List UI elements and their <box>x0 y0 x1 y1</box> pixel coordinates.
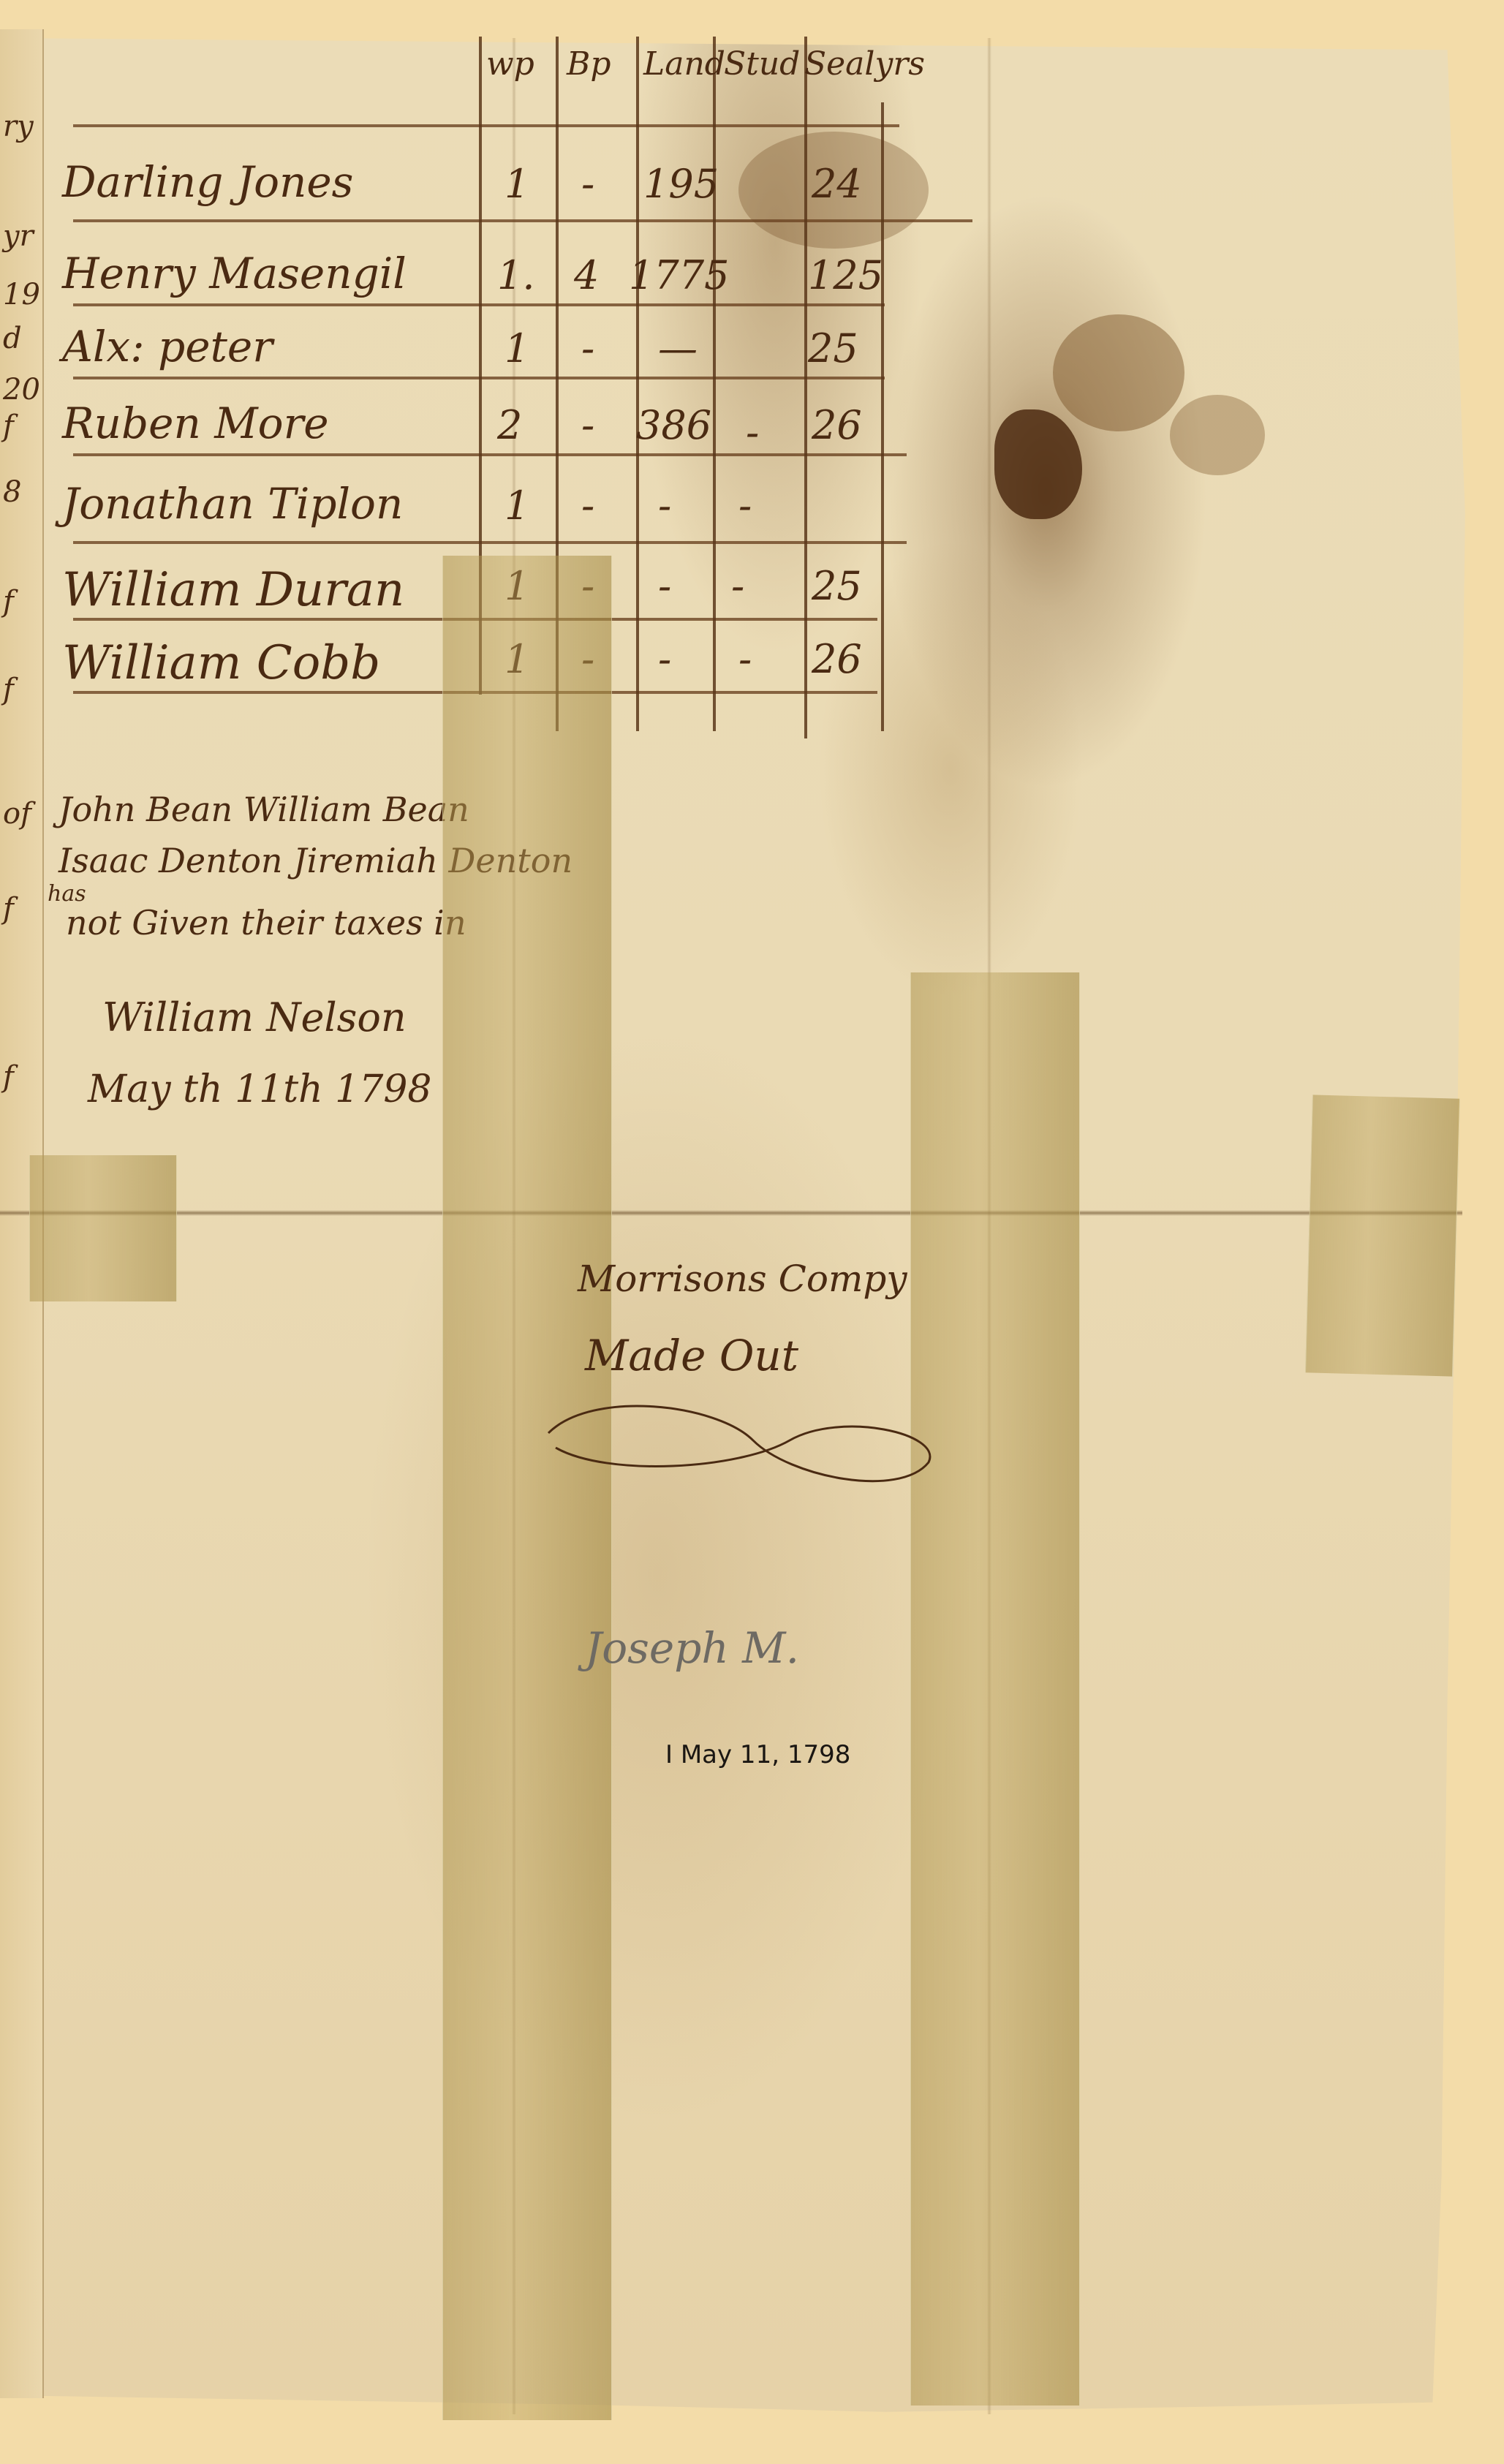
column-rule <box>804 37 807 738</box>
archival-date: I May 11, 1798 <box>665 1740 850 1769</box>
cell-land: 1775 <box>629 252 729 298</box>
cell-wp: 2 <box>497 402 522 448</box>
taxpayer-name: Darling Jones <box>62 157 353 207</box>
horizontal-fold <box>0 1210 1462 1216</box>
taxpayer-name: William Cobb <box>62 636 380 690</box>
repair-tape <box>910 972 1080 2406</box>
signature: William Nelson <box>102 994 407 1040</box>
flourish <box>534 1375 943 1513</box>
fragment: f <box>3 585 14 619</box>
cell-stud: - <box>738 636 752 682</box>
fragment: 19 <box>3 278 40 311</box>
cell-bp: - <box>581 402 594 448</box>
cell-stud: - <box>738 483 752 529</box>
cell-bp: - <box>581 325 594 371</box>
cell-land: 195 <box>643 161 719 207</box>
column-rule <box>881 102 884 731</box>
rule <box>73 453 907 456</box>
note-line: not Given their taxes in <box>66 903 466 942</box>
pencil-note: Joseph M. <box>585 1623 799 1673</box>
cell-wp: 1 <box>505 325 529 371</box>
fragment: f <box>3 673 14 706</box>
fragment: 8 <box>3 475 21 509</box>
column-header-stud: Stud <box>724 45 800 83</box>
column-rule <box>636 37 639 731</box>
note-line: John Bean William Bean <box>58 790 469 829</box>
fragment: of <box>3 797 31 831</box>
cell-land: - <box>658 636 671 682</box>
fragment: f <box>3 409 14 443</box>
cell-tax: 25 <box>808 325 858 371</box>
endorsement-status: Made Out <box>585 1331 798 1380</box>
fragment: yr <box>3 219 34 253</box>
water-stain <box>1170 395 1265 475</box>
cell-land: 386 <box>636 402 711 448</box>
fragment: d <box>3 322 22 355</box>
cell-land: - <box>658 483 671 529</box>
column-header-land: Land <box>643 45 725 83</box>
taxpayer-name: Jonathan Tiplon <box>62 479 403 529</box>
cell-stud: - <box>746 409 759 456</box>
manuscript-sheet <box>0 38 1477 2414</box>
fragment: 20 <box>3 373 40 407</box>
cell-bp: - <box>581 483 594 529</box>
rule <box>73 541 907 544</box>
rule <box>73 124 899 127</box>
cell-bp: 4 <box>574 252 599 298</box>
column-rule <box>713 37 716 731</box>
repair-tape <box>1305 1095 1460 1376</box>
fragment: f <box>3 892 14 926</box>
cell-land: - <box>658 563 671 609</box>
cell-wp: 1. <box>497 252 535 298</box>
cell-wp: 1 <box>505 161 529 207</box>
cell-tax: 24 <box>812 161 862 207</box>
taxpayer-name: Henry Masengil <box>62 249 407 298</box>
cell-land: — <box>658 325 698 371</box>
water-stain <box>1053 314 1184 431</box>
rule <box>73 219 972 222</box>
cell-tax: 125 <box>808 252 883 298</box>
cell-tax: 25 <box>812 563 862 609</box>
repair-tape <box>29 1155 177 1301</box>
signature-date: May th 11th 1798 <box>88 1067 432 1111</box>
column-header-wp: wp <box>486 45 534 83</box>
taxpayer-name: Ruben More <box>62 398 329 448</box>
cell-tax: 26 <box>812 636 862 682</box>
cell-stud: - <box>731 563 744 609</box>
taxpayer-name: Alx: peter <box>62 322 273 371</box>
endorsement-title: Morrisons Compy <box>578 1258 907 1300</box>
cell-tax: 26 <box>812 402 862 448</box>
column-header-tax: Sealyrs <box>804 45 925 83</box>
column-header-bp: Bp <box>567 45 611 83</box>
taxpayer-name: William Duran <box>62 563 404 617</box>
cell-wp: 1 <box>505 483 529 529</box>
fragment: f <box>3 1060 14 1094</box>
fragment: ry <box>3 110 34 143</box>
cell-bp: - <box>581 161 594 207</box>
